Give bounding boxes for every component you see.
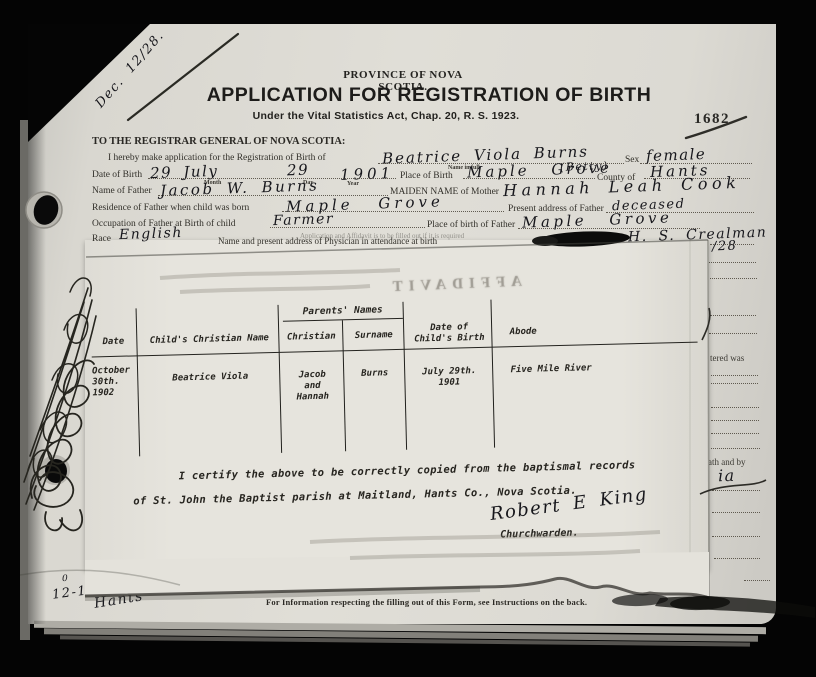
date-of-birth-label: Date of Birth [92, 170, 142, 180]
row-child-name: Beatrice Viola [142, 371, 278, 385]
certificate-content: AFFIDAVIT Parents' Names Date Child's Ch… [81, 232, 713, 577]
race-label: Race [92, 234, 111, 244]
father-name-label: Name of Father [92, 186, 152, 196]
bottom-left-zero-note: 0 [62, 574, 70, 584]
father-residence-label: Residence of Father when child was born [92, 203, 249, 213]
col-header-child-name: Child's Christian Name [141, 333, 277, 347]
addressee-line: TO THE REGISTRAR GENERAL OF NOVA SCOTIA: [92, 136, 345, 147]
form-title: APPLICATION FOR REGISTRATION OF BIRTH [200, 84, 658, 107]
race-value: English [119, 225, 183, 243]
affidavit-bleedthrough-watermark: AFFIDAVIT [382, 274, 523, 297]
paper-left-shadow [28, 24, 46, 624]
col-header-surname: Surname [345, 330, 402, 342]
form-subtitle: Under the Vital Statistics Act, Chap. 20… [228, 110, 544, 122]
certify-line-1: I certify the above to be correctly copi… [179, 460, 636, 482]
col-header-birth-date: Date of Child's Birth [407, 322, 492, 346]
margin-note-28: /28 [712, 239, 738, 255]
footer-instructions-note: For Information respecting the filling o… [266, 597, 587, 607]
physician-label: Name and present address of Physician in… [218, 236, 437, 246]
row-parents-christian: Jacob and Hannah [282, 369, 343, 403]
row-surname: Burns [346, 368, 403, 380]
row-birth-date: July 29th. 1901 [406, 366, 493, 390]
place-of-birth-label: Place of Birth [400, 171, 453, 181]
col-header-date: Date [91, 336, 135, 348]
strip-signature-fragment: ia [718, 466, 736, 486]
scanned-birth-registration-photo: Dec. 12/28. PROVINCE OF NOVA SCOTIA. APP… [0, 0, 816, 677]
parents-names-header: Parents' Names [283, 304, 403, 318]
row-date: October 30th. 1902 [92, 365, 139, 399]
baptismal-certificate-paper: AFFIDAVIT Parents' Names Date Child's Ch… [85, 240, 709, 570]
father-birthplace-label: Place of birth of Father [427, 220, 515, 230]
sex-label: Sex [625, 155, 639, 165]
registration-number: 1682 [694, 111, 730, 128]
year-label: Year [347, 181, 359, 187]
signer-title: Churchwarden. [500, 528, 579, 541]
strip-fragment-registered: tered was [710, 353, 744, 363]
col-header-christian: Christian [281, 331, 341, 343]
row-abode: Five Mile River [496, 363, 606, 377]
col-header-abode: Abode [493, 326, 553, 338]
